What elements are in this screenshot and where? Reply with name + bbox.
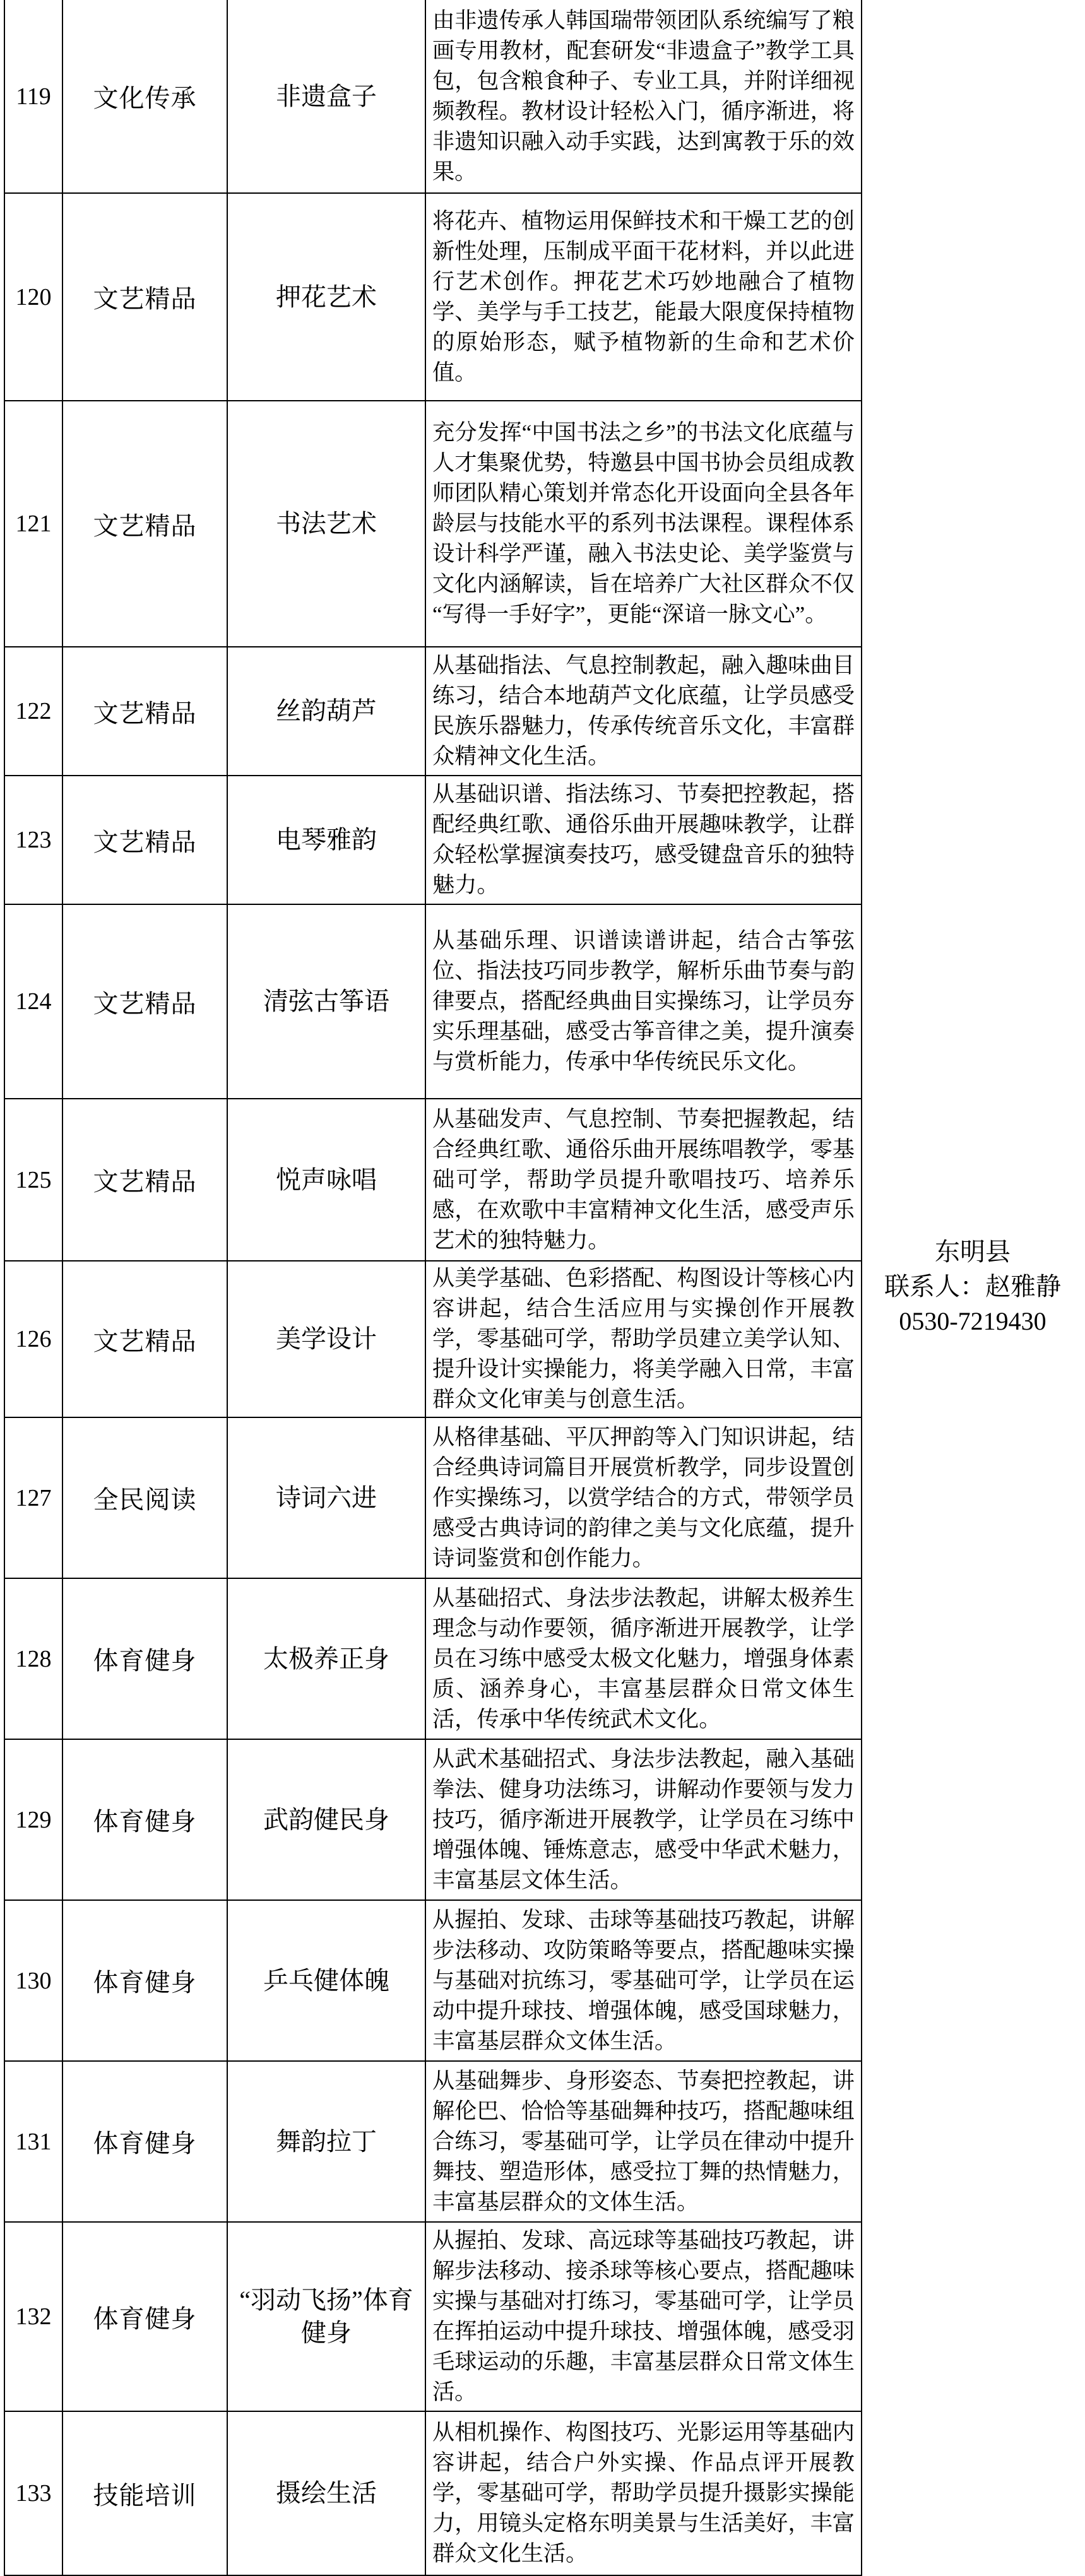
contact-person: 联系人：赵雅静 — [860, 1269, 1085, 1304]
row-number-cell: 132 — [4, 2222, 62, 2411]
table-row: 119文化传承非遗盒子由非遗传承人韩国瑞带领团队系统编写了粮画专用教材，配套研发… — [4, 0, 862, 193]
course-name-cell: “羽动飞扬”体育健身 — [227, 2222, 425, 2411]
description-cell: 从格律基础、平仄押韵等入门知识讲起，结合经典诗词篇目开展赏析教学，同步设置创作实… — [425, 1417, 862, 1578]
category-cell: 体育健身 — [62, 2061, 227, 2222]
category-cell: 全民阅读 — [62, 1417, 227, 1578]
contact-phone: 0530-7219430 — [860, 1304, 1085, 1338]
row-number-cell: 124 — [4, 904, 62, 1099]
category-cell: 文艺精品 — [62, 776, 227, 904]
contact-county: 东明县 — [860, 1234, 1085, 1269]
table-row: 133技能培训摄绘生活从相机操作、构图技巧、光影运用等基础内容讲起，结合户外实操… — [4, 2411, 862, 2575]
table-row: 130体育健身乒乓健体魄从握拍、发球、击球等基础技巧教起，讲解步法移动、攻防策略… — [4, 1900, 862, 2061]
course-name-cell: 乒乓健体魄 — [227, 1900, 425, 2061]
description-cell: 从武术基础招式、身法步法教起，融入基础拳法、健身功法练习，讲解动作要领与发力技巧… — [425, 1739, 862, 1900]
category-cell: 文艺精品 — [62, 193, 227, 401]
course-name-cell: 丝韵葫芦 — [227, 647, 425, 776]
row-number-cell: 122 — [4, 647, 62, 776]
table-row: 121文艺精品书法艺术充分发挥“中国书法之乡”的书法文化底蕴与人才集聚优势，特邀… — [4, 401, 862, 647]
course-name-cell: 电琴雅韵 — [227, 776, 425, 904]
course-table: 119文化传承非遗盒子由非遗传承人韩国瑞带领团队系统编写了粮画专用教材，配套研发… — [4, 0, 862, 2576]
category-cell: 文艺精品 — [62, 1099, 227, 1261]
description-cell: 从握拍、发球、高远球等基础技巧教起，讲解步法移动、接杀球等核心要点，搭配趣味实操… — [425, 2222, 862, 2411]
table-row: 131体育健身舞韵拉丁从基础舞步、身形姿态、节奏把控教起，讲解伦巴、恰恰等基础舞… — [4, 2061, 862, 2222]
row-number-cell: 120 — [4, 193, 62, 401]
description-cell: 从基础乐理、识谱读谱讲起，结合古筝弦位、指法技巧同步教学，解析乐曲节奏与韵律要点… — [425, 904, 862, 1099]
table-row: 126文艺精品美学设计从美学基础、色彩搭配、构图设计等核心内容讲起，结合生活应用… — [4, 1261, 862, 1417]
description-cell: 从基础指法、气息控制教起，融入趣味曲目练习，结合本地葫芦文化底蕴，让学员感受民族… — [425, 647, 862, 776]
row-number-cell: 121 — [4, 401, 62, 647]
contact-block: 东明县 联系人：赵雅静 0530-7219430 — [860, 1234, 1085, 1338]
table-row: 127全民阅读诗词六进从格律基础、平仄押韵等入门知识讲起，结合经典诗词篇目开展赏… — [4, 1417, 862, 1578]
category-cell: 文艺精品 — [62, 904, 227, 1099]
course-name-cell: 摄绘生活 — [227, 2411, 425, 2575]
course-name-cell: 武韵健民身 — [227, 1739, 425, 1900]
category-cell: 体育健身 — [62, 1578, 227, 1739]
description-cell: 充分发挥“中国书法之乡”的书法文化底蕴与人才集聚优势，特邀县中国书协会员组成教师… — [425, 401, 862, 647]
category-cell: 文化传承 — [62, 0, 227, 193]
row-number-cell: 123 — [4, 776, 62, 904]
course-name-cell: 舞韵拉丁 — [227, 2061, 425, 2222]
row-number-cell: 125 — [4, 1099, 62, 1261]
row-number-cell: 131 — [4, 2061, 62, 2222]
description-cell: 从基础发声、气息控制、节奏把握教起，结合经典红歌、通俗乐曲开展练唱教学，零基础可… — [425, 1099, 862, 1261]
category-cell: 技能培训 — [62, 2411, 227, 2575]
description-cell: 从基础招式、身法步法教起，讲解太极养生理念与动作要领，循序渐进开展教学，让学员在… — [425, 1578, 862, 1739]
course-name-cell: 押花艺术 — [227, 193, 425, 401]
description-cell: 从基础舞步、身形姿态、节奏把控教起，讲解伦巴、恰恰等基础舞种技巧，搭配趣味组合练… — [425, 2061, 862, 2222]
description-cell: 从美学基础、色彩搭配、构图设计等核心内容讲起，结合生活应用与实操创作开展教学，零… — [425, 1261, 862, 1417]
table-row: 128体育健身太极养正身从基础招式、身法步法教起，讲解太极养生理念与动作要领，循… — [4, 1578, 862, 1739]
table-row: 129体育健身武韵健民身从武术基础招式、身法步法教起，融入基础拳法、健身功法练习… — [4, 1739, 862, 1900]
page: 119文化传承非遗盒子由非遗传承人韩国瑞带领团队系统编写了粮画专用教材，配套研发… — [0, 0, 1085, 2576]
description-cell: 从相机操作、构图技巧、光影运用等基础内容讲起，结合户外实操、作品点评开展教学，零… — [425, 2411, 862, 2575]
row-number-cell: 119 — [4, 0, 62, 193]
table-row: 124文艺精品清弦古筝语从基础乐理、识谱读谱讲起，结合古筝弦位、指法技巧同步教学… — [4, 904, 862, 1099]
description-cell: 从基础识谱、指法练习、节奏把控教起，搭配经典红歌、通俗乐曲开展趣味教学，让群众轻… — [425, 776, 862, 904]
table-row: 125文艺精品悦声咏唱从基础发声、气息控制、节奏把握教起，结合经典红歌、通俗乐曲… — [4, 1099, 862, 1261]
category-cell: 文艺精品 — [62, 1261, 227, 1417]
table-row: 132体育健身“羽动飞扬”体育健身从握拍、发球、高远球等基础技巧教起，讲解步法移… — [4, 2222, 862, 2411]
description-cell: 将花卉、植物运用保鲜技术和干燥工艺的创新性处理，压制成平面干花材料，并以此进行艺… — [425, 193, 862, 401]
table-row: 122文艺精品丝韵葫芦从基础指法、气息控制教起，融入趣味曲目练习，结合本地葫芦文… — [4, 647, 862, 776]
course-name-cell: 非遗盒子 — [227, 0, 425, 193]
category-cell: 体育健身 — [62, 2222, 227, 2411]
description-cell: 由非遗传承人韩国瑞带领团队系统编写了粮画专用教材，配套研发“非遗盒子”教学工具包… — [425, 0, 862, 193]
course-name-cell: 太极养正身 — [227, 1578, 425, 1739]
table-row: 123文艺精品电琴雅韵从基础识谱、指法练习、节奏把控教起，搭配经典红歌、通俗乐曲… — [4, 776, 862, 904]
description-cell: 从握拍、发球、击球等基础技巧教起，讲解步法移动、攻防策略等要点，搭配趣味实操与基… — [425, 1900, 862, 2061]
category-cell: 文艺精品 — [62, 647, 227, 776]
course-name-cell: 诗词六进 — [227, 1417, 425, 1578]
row-number-cell: 129 — [4, 1739, 62, 1900]
category-cell: 文艺精品 — [62, 401, 227, 647]
table-row: 120文艺精品押花艺术将花卉、植物运用保鲜技术和干燥工艺的创新性处理，压制成平面… — [4, 193, 862, 401]
category-cell: 体育健身 — [62, 1739, 227, 1900]
course-name-cell: 书法艺术 — [227, 401, 425, 647]
row-number-cell: 130 — [4, 1900, 62, 2061]
row-number-cell: 126 — [4, 1261, 62, 1417]
course-table-body: 119文化传承非遗盒子由非遗传承人韩国瑞带领团队系统编写了粮画专用教材，配套研发… — [4, 0, 862, 2575]
row-number-cell: 128 — [4, 1578, 62, 1739]
course-name-cell: 美学设计 — [227, 1261, 425, 1417]
category-cell: 体育健身 — [62, 1900, 227, 2061]
row-number-cell: 127 — [4, 1417, 62, 1578]
row-number-cell: 133 — [4, 2411, 62, 2575]
course-name-cell: 清弦古筝语 — [227, 904, 425, 1099]
course-name-cell: 悦声咏唱 — [227, 1099, 425, 1261]
